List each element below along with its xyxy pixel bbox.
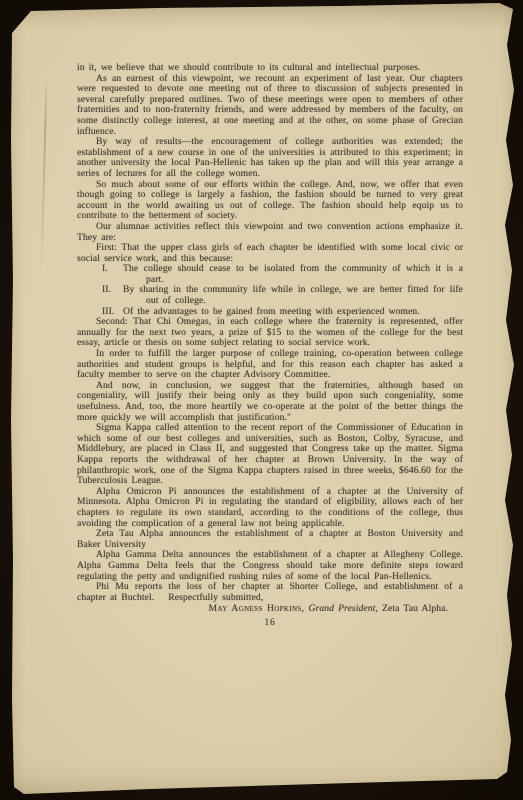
- page-text-block: in it, we believe that we should contrib…: [77, 63, 463, 628]
- page-number: 16: [77, 618, 463, 629]
- list-text: Of the advantages to be gained from meet…: [123, 306, 420, 317]
- paragraph: By way of results—the encouragement of c…: [77, 137, 463, 179]
- paragraph: Phi Mu reports the loss of her chapter a…: [77, 582, 463, 603]
- scanned-page: in it, we believe that we should contrib…: [0, 0, 523, 800]
- list-text: By sharing in the community life while i…: [123, 284, 463, 306]
- signature-line: May Agness Hopkins, Grand President, Zet…: [77, 604, 463, 615]
- paragraph-text: Phi Mu reports the loss of her chapter a…: [77, 581, 463, 603]
- paragraph: So much about some of our efforts within…: [77, 180, 463, 222]
- list-text: The college should cease to be isolated …: [123, 263, 463, 285]
- paragraph: Second: That Chi Omegas, in each college…: [77, 317, 463, 349]
- paragraph: Zeta Tau Alpha announces the establishme…: [77, 529, 463, 550]
- paragraph: in it, we believe that we should contrib…: [77, 63, 463, 74]
- paragraph: Alpha Gamma Delta announces the establis…: [77, 550, 463, 582]
- paragraph: Our alumnae activities reflect this view…: [77, 222, 463, 243]
- list-item: I.The college should cease to be isolate…: [102, 264, 463, 285]
- closing-phrase: Respectfully submitted,: [168, 592, 263, 603]
- list-item: II.By sharing in the community life whil…: [102, 285, 463, 306]
- signature-name: May Agness Hopkins,: [209, 603, 305, 614]
- signature-title: Grand President,: [308, 603, 377, 614]
- paragraph: Sigma Kappa called attention to the rece…: [77, 423, 463, 487]
- list-number: I.: [102, 264, 123, 275]
- paragraph: Alpha Omicron Pi announces the establish…: [77, 487, 463, 529]
- paragraph: In order to fulfill the larger purpose o…: [77, 349, 463, 381]
- signature-org: Zeta Tau Alpha.: [382, 603, 448, 614]
- list-number: II.: [102, 285, 123, 296]
- paragraph: First: That the upper class girls of eac…: [77, 243, 463, 264]
- paragraph: And now, in conclusion, we suggest that …: [77, 381, 463, 423]
- paragraph: As an earnest of this viewpoint, we reco…: [77, 74, 463, 138]
